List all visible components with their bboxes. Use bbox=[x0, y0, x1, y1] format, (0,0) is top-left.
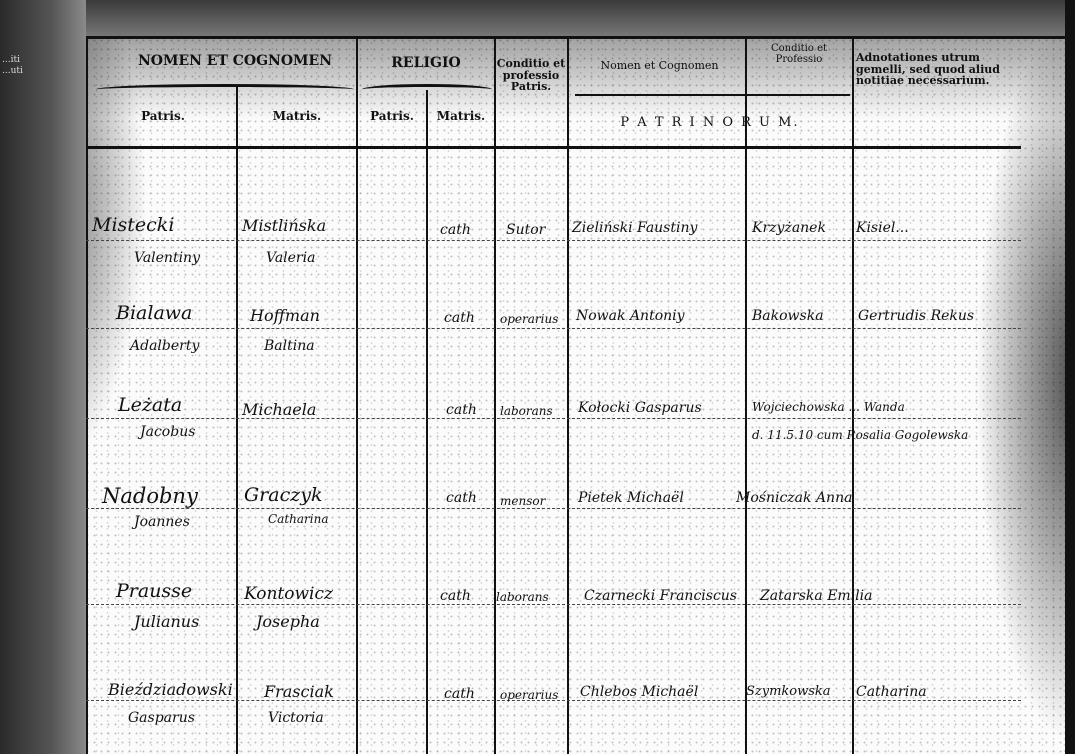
row1-godparent-2: Krzyżanek bbox=[752, 220, 826, 236]
row-rule-2 bbox=[86, 328, 1021, 330]
row3-godparent-2-note: d. 11.5.10 cum Rosalia Gogolewska bbox=[752, 428, 968, 442]
row4-mother-surname: Graczyk bbox=[244, 484, 323, 506]
row5-conditio: laborans bbox=[496, 590, 549, 604]
row5-father-surname: Prausse bbox=[116, 580, 192, 602]
header-patrinorum: P A T R I N O R U M. bbox=[580, 116, 840, 130]
row2-father-surname: Bialawa bbox=[116, 302, 192, 324]
header-nomen-et-cognomen: NOMEN ET COGNOMEN bbox=[120, 54, 350, 69]
row1-religio-matris: cath bbox=[440, 222, 471, 238]
nomen-brace bbox=[96, 84, 354, 95]
row5-godparent-2: Zatarska Emilia bbox=[760, 588, 872, 604]
patrinorum-divider bbox=[575, 94, 850, 96]
row2-adnotationes: Gertrudis Rekus bbox=[858, 308, 974, 324]
col-border-1 bbox=[236, 86, 238, 754]
row2-mother-given: Baltina bbox=[264, 338, 315, 354]
row3-father-given: Jacobus bbox=[140, 424, 195, 440]
row6-conditio: operarius bbox=[500, 688, 558, 702]
row4-father-surname: Nadobny bbox=[102, 484, 198, 508]
row2-godparent-2: Bakowska bbox=[752, 308, 824, 324]
row1-mother-given: Valeria bbox=[266, 250, 315, 266]
row5-godparent-1: Czarnecki Franciscus bbox=[584, 588, 737, 604]
row4-religio-matris: cath bbox=[446, 490, 477, 506]
right-dark-edge bbox=[1065, 0, 1075, 754]
header-religio-patris: Patris. bbox=[358, 110, 426, 123]
col-border-4 bbox=[494, 38, 496, 754]
row2-mother-surname: Hoffman bbox=[250, 306, 320, 325]
row6-mother-surname: Frasciak bbox=[264, 682, 334, 701]
row6-father-given: Gasparus bbox=[128, 710, 195, 726]
header-religio: RELIGIO bbox=[358, 56, 494, 71]
religio-brace bbox=[362, 84, 492, 95]
row6-religio-matris: cath bbox=[444, 686, 475, 702]
header-bottom-border bbox=[86, 146, 1021, 149]
row3-conditio: laborans bbox=[500, 404, 553, 418]
header-nomen-matris: Matris. bbox=[238, 110, 356, 123]
row5-mother-given: Josepha bbox=[256, 612, 320, 631]
row3-mother-surname: Michaela bbox=[242, 400, 316, 419]
row4-father-given: Joannes bbox=[134, 514, 190, 530]
row6-father-surname: Bieździadowski bbox=[108, 680, 233, 699]
header-patrinorum-conditio: Conditio et Professio bbox=[748, 44, 850, 65]
row1-conditio: Sutor bbox=[506, 222, 545, 238]
row3-father-surname: Leżata bbox=[118, 394, 182, 416]
row1-father-surname: Mistecki bbox=[92, 214, 174, 236]
row1-mother-surname: Mistlińska bbox=[242, 216, 326, 235]
row2-father-given: Adalberty bbox=[130, 338, 199, 354]
top-dark-edge bbox=[0, 0, 1075, 38]
col-border-6 bbox=[745, 38, 747, 754]
row6-mother-given: Victoria bbox=[268, 710, 324, 726]
row1-adnotationes: Kisiel... bbox=[856, 220, 909, 236]
row5-mother-surname: Kontowicz bbox=[244, 584, 333, 604]
row4-conditio: mensor bbox=[500, 494, 545, 508]
left-dark-edge bbox=[0, 0, 86, 754]
row4-mother-given: Catharina bbox=[268, 512, 329, 526]
row-rule-1 bbox=[86, 240, 1021, 242]
row2-conditio: operarius bbox=[500, 312, 558, 326]
row6-adnotationes: Catharina bbox=[856, 684, 927, 700]
row2-religio-matris: cath bbox=[444, 310, 475, 326]
header-patrinorum-nomen: Nomen et Cognomen bbox=[572, 60, 747, 72]
col-border-7 bbox=[852, 38, 854, 754]
row3-religio-matris: cath bbox=[446, 402, 477, 418]
row5-father-given: Julianus bbox=[134, 612, 199, 631]
table-top-border bbox=[86, 36, 1075, 39]
header-adnotationes: Adnotationes utrum gemelli, sed quod ali… bbox=[856, 52, 1006, 87]
row4-godparent-2: Mośniczak Anna bbox=[736, 490, 852, 506]
header-nomen-patris: Patris. bbox=[90, 110, 236, 123]
row-rule-4 bbox=[86, 508, 1021, 510]
row-rule-3 bbox=[86, 418, 1021, 420]
left-margin-text: ...iti ...uti bbox=[2, 55, 42, 77]
row-rule-5 bbox=[86, 604, 1021, 606]
row3-godparent-1: Kołocki Gasparus bbox=[578, 400, 702, 416]
col-border-3 bbox=[426, 90, 428, 754]
col-border-2 bbox=[356, 38, 358, 754]
row6-godparent-2: Szymkowska bbox=[746, 684, 831, 699]
header-conditio: Conditio et professio Patris. bbox=[496, 58, 566, 93]
row6-godparent-1: Chlebos Michaël bbox=[580, 684, 698, 700]
col-border-5 bbox=[567, 38, 569, 754]
col-border-0 bbox=[86, 38, 88, 754]
row1-godparent-1: Zieliński Faustiny bbox=[572, 220, 697, 236]
row2-godparent-1: Nowak Antoniy bbox=[576, 308, 685, 324]
row1-father-given: Valentiny bbox=[134, 250, 200, 266]
header-religio-matris: Matris. bbox=[428, 110, 494, 123]
row3-godparent-2: Wojciechowska ... Wanda bbox=[752, 400, 905, 414]
row4-godparent-1: Pietek Michaël bbox=[578, 490, 684, 506]
row5-religio-matris: cath bbox=[440, 588, 471, 604]
